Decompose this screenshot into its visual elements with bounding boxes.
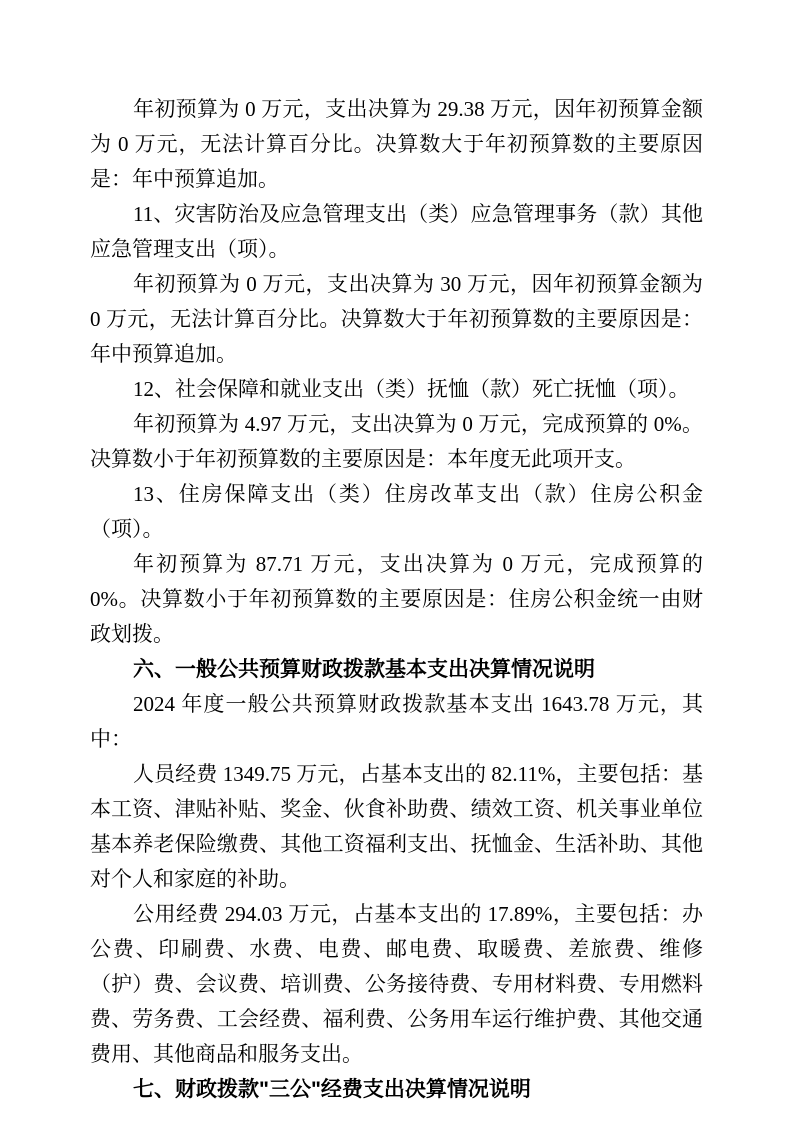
- paragraph-item-11-title: 11、灾害防治及应急管理支出（类）应急管理事务（款）其他应急管理支出（项）。: [90, 197, 703, 267]
- paragraph-item-13-title: 13、住房保障支出（类）住房改革支出（款）住房公积金（项）。: [90, 477, 703, 547]
- paragraph-item-12-note: 年初预算为 4.97 万元，支出决算为 0 万元，完成预算的 0%。决算数小于年…: [90, 407, 703, 477]
- paragraph-basic-expenditure-total: 2024 年度一般公共预算财政拨款基本支出 1643.78 万元，其中：: [90, 687, 703, 757]
- paragraph-item-13-note: 年初预算为 87.71 万元，支出决算为 0 万元，完成预算的 0%。决算数小于…: [90, 547, 703, 652]
- paragraph-public-funds: 公用经费 294.03 万元，占基本支出的 17.89%，主要包括：办公费、印刷…: [90, 897, 703, 1072]
- section-heading-6: 六、一般公共预算财政拨款基本支出决算情况说明: [90, 652, 703, 687]
- document-body: 年初预算为 0 万元，支出决算为 29.38 万元，因年初预算金额为 0 万元，…: [90, 92, 703, 1107]
- paragraph-item-12-title: 12、社会保障和就业支出（类）抚恤（款）死亡抚恤（项）。: [90, 372, 703, 407]
- paragraph-personnel-funds: 人员经费 1349.75 万元，占基本支出的 82.11%，主要包括：基本工资、…: [90, 757, 703, 897]
- paragraph-budget-note-10: 年初预算为 0 万元，支出决算为 29.38 万元，因年初预算金额为 0 万元，…: [90, 92, 703, 197]
- document-page: 年初预算为 0 万元，支出决算为 29.38 万元，因年初预算金额为 0 万元，…: [0, 0, 793, 1122]
- section-heading-7: 七、财政拨款"三公"经费支出决算情况说明: [90, 1072, 703, 1107]
- paragraph-item-11-note: 年初预算为 0 万元，支出决算为 30 万元，因年初预算金额为 0 万元，无法计…: [90, 267, 703, 372]
